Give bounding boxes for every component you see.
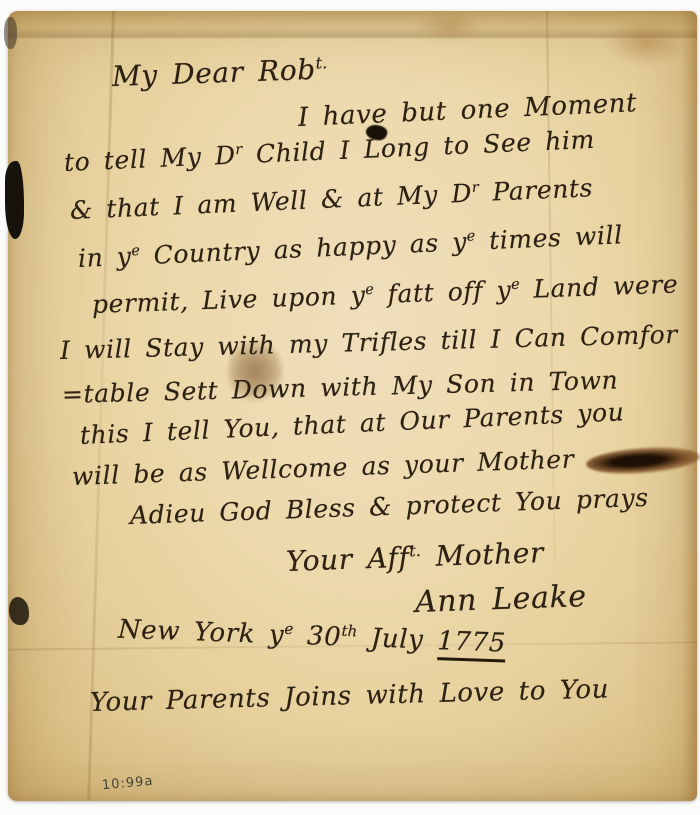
ink-blot-left-edge-lower xyxy=(9,597,29,625)
paper-right-edge-browning xyxy=(681,11,697,801)
ink-blot-left-edge xyxy=(5,161,24,239)
paper-top-fold-band xyxy=(8,11,697,39)
letter-signature: Ann Leake xyxy=(414,579,587,620)
scanned-letter-image: My Dear Robt. I have but one Moment to t… xyxy=(0,0,700,815)
